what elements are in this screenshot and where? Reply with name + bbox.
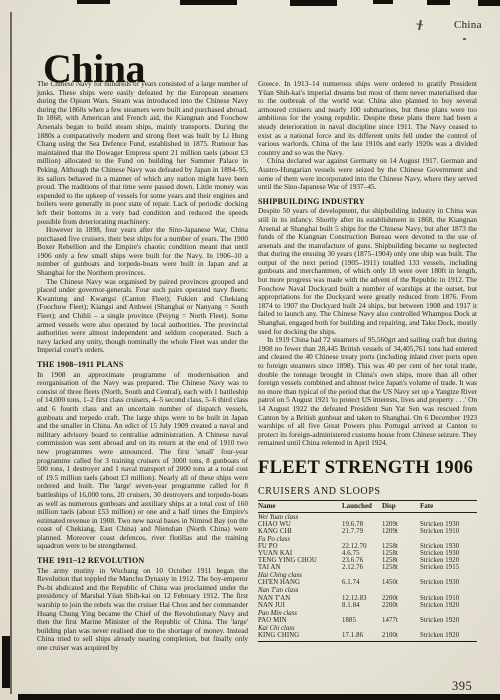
ship-row: YUAN KAI4.6.751258tStricken 1930	[258, 550, 477, 557]
running-header: China	[454, 19, 482, 31]
scan-artifact-top	[77, 0, 110, 4]
right-column: Greece. In 1913–14 numerous ships were o…	[258, 80, 477, 642]
ship-class-row: Hai Ching class	[258, 571, 477, 579]
fleet-strength-section: FLEET STRENGTH 1906 CRUISERS AND SLOOPS …	[258, 459, 477, 642]
column-header-name: Name	[258, 501, 342, 512]
scan-artifact-top	[427, 0, 450, 5]
column-header-disp: Disp	[382, 501, 420, 512]
body-paragraph: Despite 50 years of development, the shi…	[258, 207, 477, 336]
body-paragraph: In 1919 China had 72 steamers of 95,560g…	[258, 336, 477, 448]
ship-row: CHAO WU19.6.781209tStricken 1930	[258, 521, 477, 528]
fleet-strength-heading: FLEET STRENGTH 1906	[258, 459, 477, 478]
scan-artifact-bottom-band	[18, 694, 500, 700]
fleet-table-body: Wei Yuan classCHAO WU19.6.781209tStricke…	[258, 512, 477, 639]
column-header-fate: Fate	[420, 501, 477, 512]
fleet-table-header-row: Name Launched Disp Fate	[258, 501, 477, 512]
ink-dot	[463, 38, 466, 40]
scan-artifact-top	[373, 0, 393, 4]
ship-class-row: Nan T'an class	[258, 586, 477, 594]
fleet-table: Name Launched Disp Fate Wei Yuan classCH…	[258, 501, 477, 639]
cruisers-sloops-subheading: CRUISERS AND SLOOPS	[258, 486, 477, 501]
book-page: China China The Chinese Navy for hundred…	[0, 0, 500, 700]
ship-row: KANG CHI21.7.791209tStricken 1910	[258, 528, 477, 535]
ship-row: KING CHING17.1.862100tStricken 1920	[258, 632, 477, 639]
body-paragraph: In 1908 an approximate programme of mode…	[37, 371, 248, 551]
body-paragraph: However in 1898, four years after the Si…	[37, 226, 248, 278]
section-heading: SHIPBUILDING INDUSTRY	[258, 198, 477, 207]
ink-mark	[418, 20, 422, 30]
ship-row: TENG YING CHOU23.6.761258tStricken 1920	[258, 557, 477, 564]
ship-class-row: Kai Chi class	[258, 624, 477, 632]
ship-class-row: Wei Yuan class	[258, 512, 477, 521]
ship-row: PAO MIN18851477tStricken 1920	[258, 617, 477, 624]
scan-artifact-top	[478, 0, 500, 6]
body-paragraph: China declared war against Germany on 14…	[258, 157, 477, 191]
ship-row: NAN T'AN12.12.832200tStricken 1910	[258, 595, 477, 602]
left-column: The Chinese Navy for hundreds of years c…	[37, 80, 248, 653]
body-paragraph: The Chinese Navy was organised by paired…	[37, 278, 248, 355]
scan-artifact-left-blob	[2, 636, 10, 688]
ship-class-row: Fu Po class	[258, 535, 477, 543]
ship-row: CH'EN HANG6.1.741450tStricken 1930	[258, 579, 477, 586]
ship-row: NAN JUI8.1.842200tStricken 1920	[258, 602, 477, 609]
column-header-launched: Launched	[342, 501, 382, 512]
body-paragraph: The Chinese Navy for hundreds of years c…	[37, 80, 248, 226]
ship-class-row: Pao Min class	[258, 609, 477, 617]
body-paragraph: The army mutiny in Wuchang on 10 October…	[37, 567, 248, 653]
scan-artifact-top	[180, 0, 237, 5]
page-number: 395	[452, 679, 472, 694]
section-heading: THE 1908–1911 PLANS	[37, 361, 248, 370]
ship-row: FU PO22.12.701258tStricken 1930	[258, 543, 477, 550]
section-heading: THE 1911–12 REVOLUTION	[37, 557, 248, 566]
table-bottom-rule	[258, 641, 477, 642]
ship-row: TAI AN2.12.761258tStricken 1915	[258, 564, 477, 571]
scan-artifact-top	[290, 0, 337, 6]
right-column-paragraphs: Greece. In 1913–14 numerous ships were o…	[258, 80, 477, 448]
scan-edge-line	[10, 12, 12, 694]
body-paragraph: Greece. In 1913–14 numerous ships were o…	[258, 80, 477, 157]
